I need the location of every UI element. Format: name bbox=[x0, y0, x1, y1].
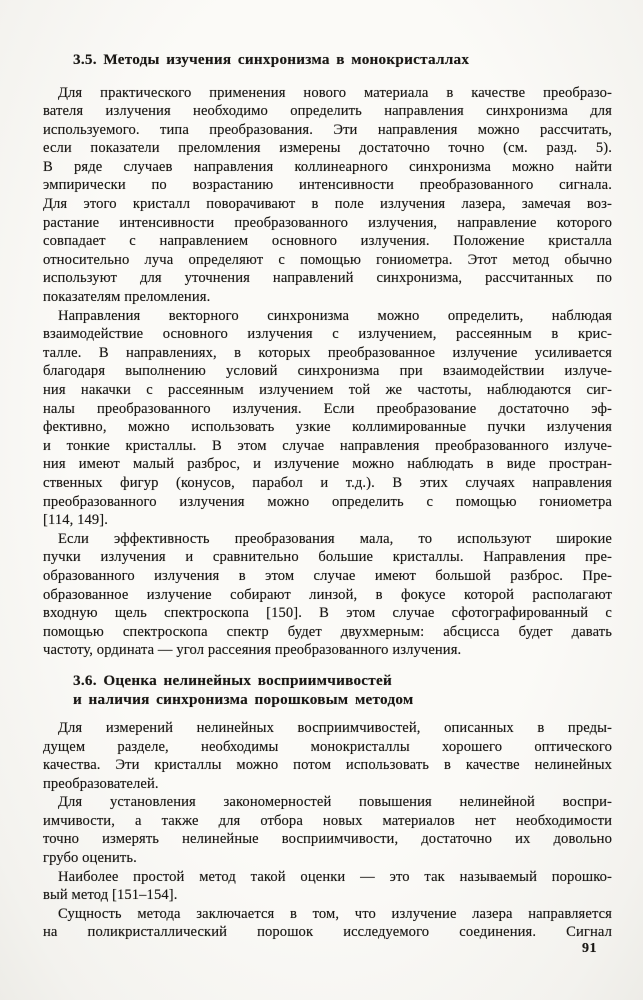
text-line: показателям преломления. bbox=[43, 288, 612, 307]
paragraph-1: Для практического применения нового мате… bbox=[43, 84, 612, 307]
text-line: ния имеют малый разброс, и излучение мож… bbox=[43, 455, 612, 474]
text-line: дущем разделе, необходимы монокристаллы … bbox=[43, 738, 612, 757]
section-3-6: 3.6. Оценка нелинейных восприимчивостейи… bbox=[43, 671, 612, 942]
text-line: помощью спектроскопа спектр будет двухме… bbox=[43, 623, 612, 642]
text-line: ственных фигур (конусов, парабол и т.д.)… bbox=[43, 474, 612, 493]
text-line: взаимодействие основного излучения с изл… bbox=[43, 325, 612, 344]
text-line: преобразованного излучения можно определ… bbox=[43, 493, 612, 512]
text-line: образованного излучения в этом случае им… bbox=[43, 567, 612, 586]
text-line: качества. Эти кристаллы можно потом испо… bbox=[43, 756, 612, 775]
text-line: грубо оценить. bbox=[43, 849, 612, 868]
text-line: 3.6. Оценка нелинейных восприимчивостей bbox=[73, 671, 612, 691]
text-line: фективно, можно использовать узкие колли… bbox=[43, 418, 612, 437]
text-line: и тонкие кристаллы. В этом случае направ… bbox=[43, 437, 612, 456]
text-line: Сущность метода заключается в том, что и… bbox=[43, 905, 612, 924]
text-line: пучки излучения и сравнительно большие к… bbox=[43, 548, 612, 567]
text-line: используемого. типа преобразования. Эти … bbox=[43, 121, 612, 140]
paragraph-2: Направления векторного синхронизма можно… bbox=[43, 307, 612, 530]
text-line: Если эффективность преобразования мала, … bbox=[43, 530, 612, 549]
text-line: совпадает с направлением основного излуч… bbox=[43, 232, 612, 251]
text-line: ния накачки с рассеянным излучением той … bbox=[43, 381, 612, 400]
paragraph-3: Если эффективность преобразования мала, … bbox=[43, 530, 612, 660]
text-line: вателя излучения необходимо определить н… bbox=[43, 102, 612, 121]
text-line: образованное излучение собирают линзой, … bbox=[43, 586, 612, 605]
text-line: благодаря выполнению условий синхронизма… bbox=[43, 362, 612, 381]
text-line: вый метод [151–154]. bbox=[43, 886, 612, 905]
paragraph-5: Для установления закономерностей повышен… bbox=[43, 793, 612, 867]
text-line: растание интенсивности преобразованного … bbox=[43, 214, 612, 233]
text-line: эмпирически по возрастанию интенсивности… bbox=[43, 176, 612, 195]
paragraph-4: Для измерений нелинейных восприимчивосте… bbox=[43, 719, 612, 793]
text-line: Наиболее простой метод такой оценки — эт… bbox=[43, 868, 612, 887]
text-line: 3.5. Методы изучения синхронизма в монок… bbox=[73, 50, 612, 70]
text-line: Для измерений нелинейных восприимчивосте… bbox=[43, 719, 612, 738]
text-line: точно измерять нелинейные восприимчивост… bbox=[43, 830, 612, 849]
text-line: Для этого кристалл поворачивают в поле и… bbox=[43, 195, 612, 214]
text-line: частоту, ордината — угол рассеяния преоб… bbox=[43, 641, 612, 660]
text-line: Направления векторного синхронизма можно… bbox=[43, 307, 612, 326]
paragraph-6: Наиболее простой метод такой оценки — эт… bbox=[43, 868, 612, 905]
page-number: 91 bbox=[582, 941, 597, 957]
section-3-6-heading: 3.6. Оценка нелинейных восприимчивостейи… bbox=[43, 671, 612, 710]
text-line: В ряде случаев направления коллинеарного… bbox=[43, 158, 612, 177]
text-line: на поликристаллический порошок исследуем… bbox=[43, 923, 612, 942]
page-content: 3.5. Методы изучения синхронизма в монок… bbox=[0, 0, 643, 942]
text-line: если показатели преломления измерены дос… bbox=[43, 139, 612, 158]
section-3-5-heading: 3.5. Методы изучения синхронизма в монок… bbox=[43, 50, 612, 70]
text-line: используют для уточнения направлений син… bbox=[43, 269, 612, 288]
text-line: [114, 149]. bbox=[43, 511, 612, 530]
text-line: входную щель спектроскопа [150]. В этом … bbox=[43, 604, 612, 623]
text-line: имчивости, а также для отбора новых мате… bbox=[43, 812, 612, 831]
scanned-book-page: 3.5. Методы изучения синхронизма в монок… bbox=[0, 0, 643, 1000]
text-line: относительно луча определяют с помощью г… bbox=[43, 251, 612, 270]
section-3-5: 3.5. Методы изучения синхронизма в монок… bbox=[43, 50, 612, 660]
text-line: Для установления закономерностей повышен… bbox=[43, 793, 612, 812]
text-line: преобразователей. bbox=[43, 775, 612, 794]
paragraph-7: Сущность метода заключается в том, что и… bbox=[43, 905, 612, 942]
text-line: талле. В направлениях, в которых преобра… bbox=[43, 344, 612, 363]
text-line: и наличия синхронизма порошковым методом bbox=[73, 690, 612, 710]
text-line: Для практического применения нового мате… bbox=[43, 84, 612, 103]
text-line: налы преобразованного излучения. Если пр… bbox=[43, 400, 612, 419]
